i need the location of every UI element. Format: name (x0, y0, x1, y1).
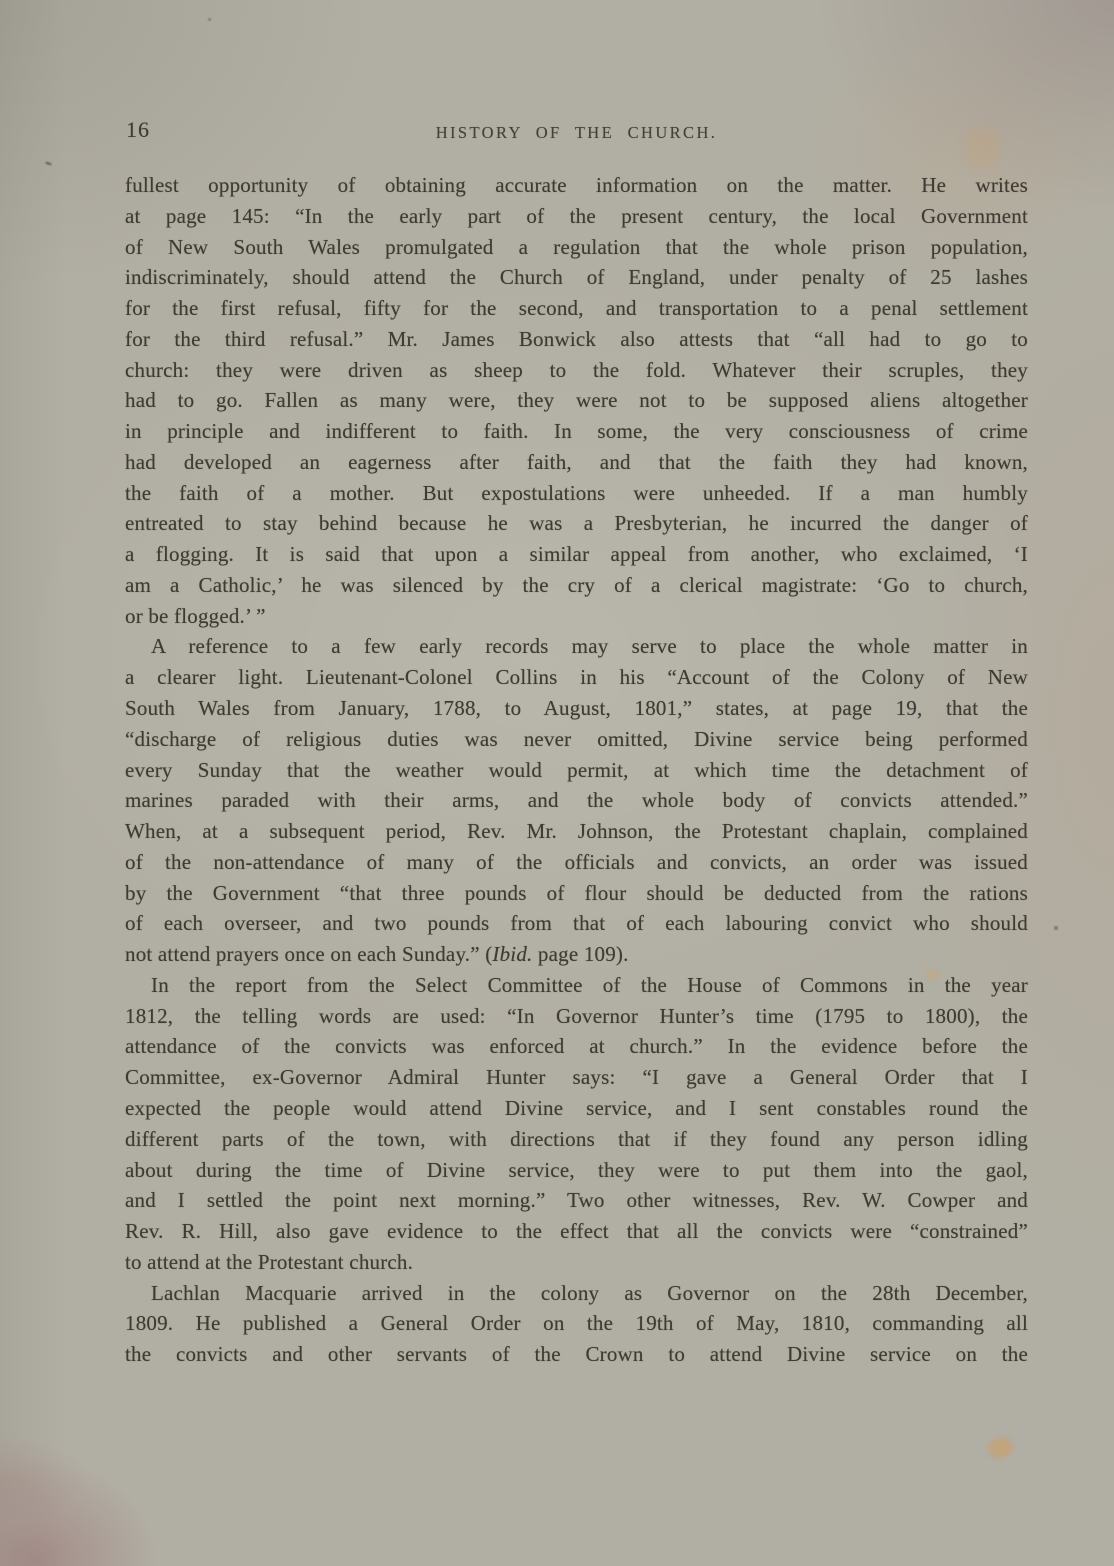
text-line: am a Catholic,’ he was silenced by the c… (125, 570, 1028, 601)
text-line: 1809. He published a General Order on th… (125, 1308, 1028, 1339)
text-line: South Wales from January, 1788, to Augus… (125, 693, 1028, 724)
text-line: or be flogged.’ ” (125, 601, 1028, 632)
ink-speck (45, 161, 53, 166)
text-line: about during the time of Divine service,… (125, 1155, 1028, 1186)
text-line: had to go. Fallen as many were, they wer… (125, 385, 1028, 416)
text-line: at page 145: “In the early part of the p… (125, 201, 1028, 232)
text-line: and I settled the point next morning.” T… (125, 1185, 1028, 1216)
text-line: for the third refusal.” Mr. James Bonwic… (125, 324, 1028, 355)
page-text: fullest opportunity of obtaining accurat… (125, 170, 1028, 1370)
text-line: a clearer light. Lieutenant-Colonel Coll… (125, 662, 1028, 693)
text-line: every Sunday that the weather would perm… (125, 755, 1028, 786)
text-line: attendance of the convicts was enforced … (125, 1031, 1028, 1062)
text-line: In the report from the Select Committee … (125, 970, 1028, 1001)
text-line: church: they were driven as sheep to the… (125, 355, 1028, 386)
ink-speck (1054, 926, 1058, 930)
text-line: 1812, the telling words are used: “In Go… (125, 1001, 1028, 1032)
text-line: the faith of a mother. But expostulation… (125, 478, 1028, 509)
text-line: A reference to a few early records may s… (125, 631, 1028, 662)
text-line: fullest opportunity of obtaining accurat… (125, 170, 1028, 201)
text-line: a flogging. It is said that upon a simil… (125, 539, 1028, 570)
text-line: not attend prayers once on each Sunday.”… (125, 939, 1028, 970)
text-line: had developed an eagerness after faith, … (125, 447, 1028, 478)
foxing-stain (988, 1438, 1012, 1458)
text-line: to attend at the Protestant church. (125, 1247, 1028, 1278)
text-run: page 109). (532, 942, 628, 966)
text-line: marines paraded with their arms, and the… (125, 785, 1028, 816)
text-line: expected the people would attend Divine … (125, 1093, 1028, 1124)
text-line: of each overseer, and two pounds from th… (125, 908, 1028, 939)
text-line: When, at a subsequent period, Rev. Mr. J… (125, 816, 1028, 847)
text-line: Rev. R. Hill, also gave evidence to the … (125, 1216, 1028, 1247)
text-line: “discharge of religious duties was never… (125, 724, 1028, 755)
citation-italic: Ibid. (492, 942, 532, 966)
text-line: of the non-attendance of many of the off… (125, 847, 1028, 878)
text-line: of New South Wales promulgated a regulat… (125, 232, 1028, 263)
text-line: Lachlan Macquarie arrived in the colony … (125, 1278, 1028, 1309)
text-line: in principle and indifferent to faith. I… (125, 416, 1028, 447)
text-line: entreated to stay behind because he was … (125, 508, 1028, 539)
book-page: 16 HISTORY OF THE CHURCH. fullest opport… (0, 0, 1114, 1566)
text-line: Committee, ex-Governor Admiral Hunter sa… (125, 1062, 1028, 1093)
text-line: different parts of the town, with direct… (125, 1124, 1028, 1155)
text-line: the convicts and other servants of the C… (125, 1339, 1028, 1370)
text-line: by the Government “that three pounds of … (125, 878, 1028, 909)
text-run: not attend prayers once on each Sunday.”… (125, 942, 492, 966)
text-line: for the first refusal, fifty for the sec… (125, 293, 1028, 324)
text-line: indiscriminately, should attend the Chur… (125, 262, 1028, 293)
running-header: HISTORY OF THE CHURCH. (125, 123, 1028, 143)
ink-speck (208, 18, 211, 21)
